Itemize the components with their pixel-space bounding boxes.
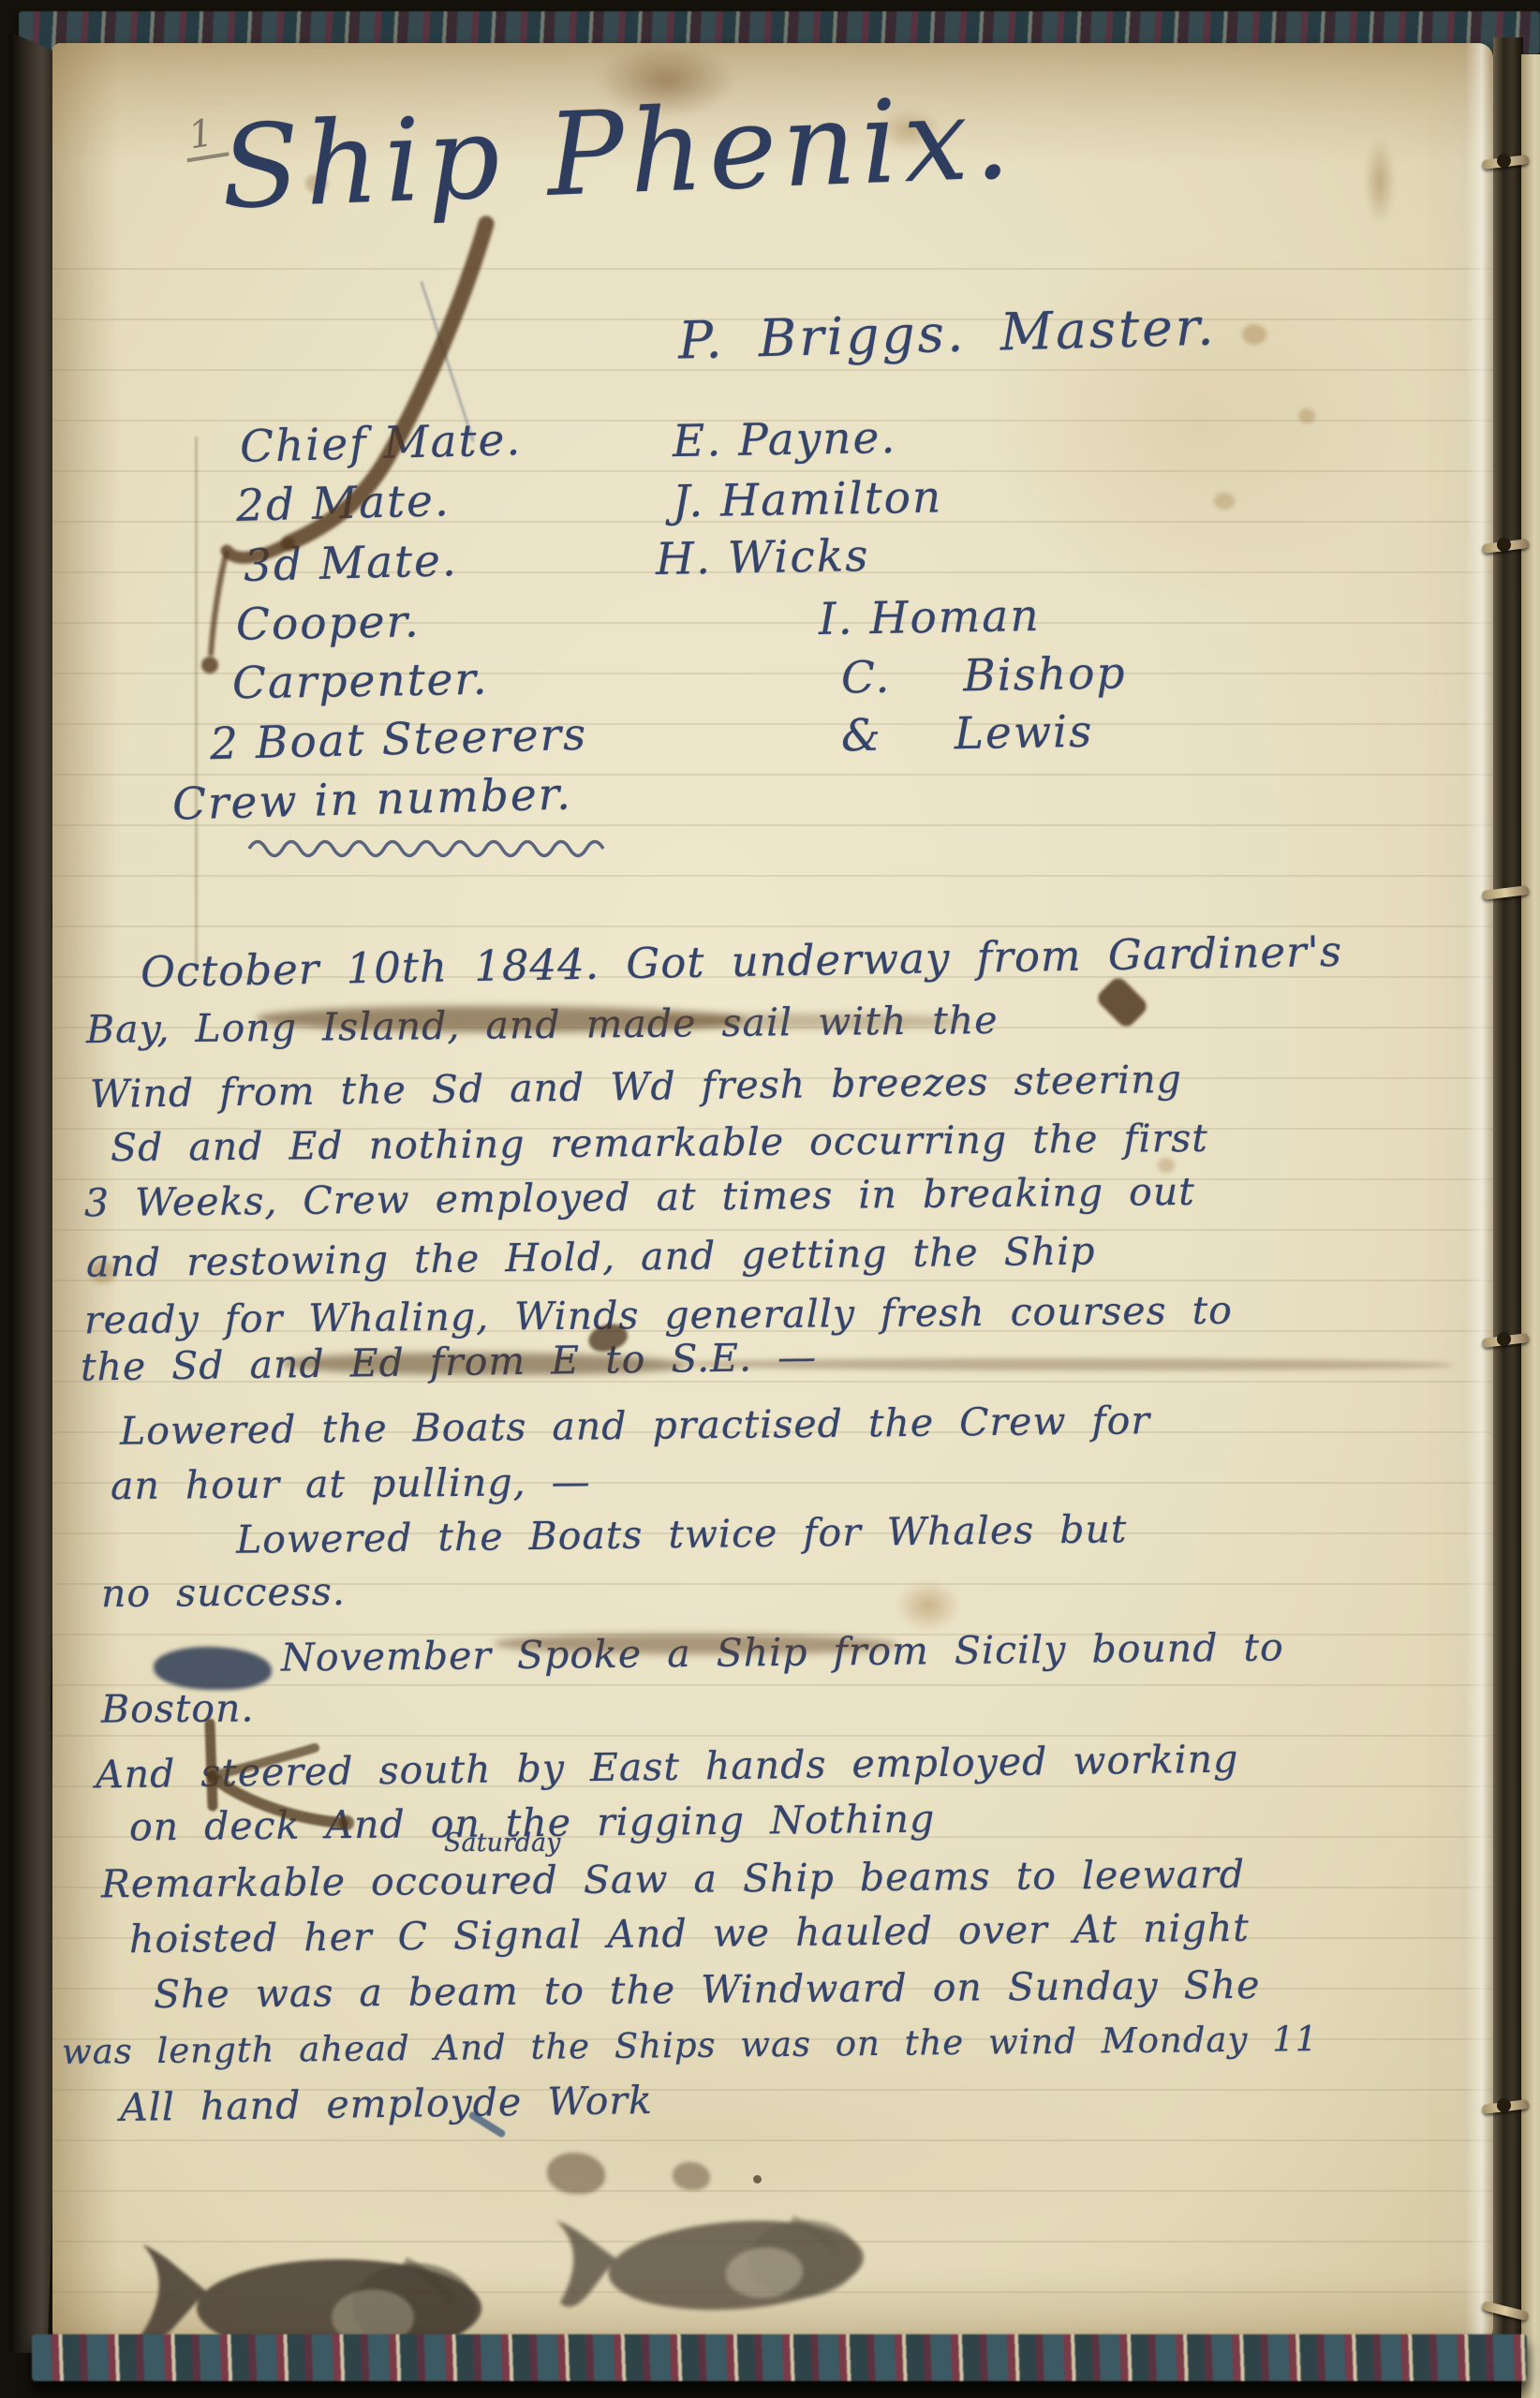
logbook-photo: 1 Ship Phenix. P. Briggs. Master. Chief … <box>0 0 1540 2398</box>
log-line: no success. <box>101 1569 346 1616</box>
ink-smear <box>674 1358 1452 1370</box>
stain-top-right <box>1364 137 1396 226</box>
crew-name: C. Bishop <box>841 647 1127 703</box>
ink-smear <box>495 1634 897 1654</box>
log-line: an hour at pulling, — <box>111 1459 591 1508</box>
ink-smudge <box>547 2153 605 2194</box>
ink-wishbone-mark <box>182 1718 378 1849</box>
water-stain <box>980 240 1411 614</box>
crew-name: J. Hamilton <box>673 471 943 527</box>
foxing-spot <box>896 1579 961 1632</box>
foxing-spot <box>1298 408 1315 423</box>
crew-name: E. Payne. <box>673 412 897 467</box>
crew-role: 2 Boat Steerers <box>209 709 587 771</box>
ink-smear <box>652 1014 970 1029</box>
page-title: Ship Phenix. <box>219 71 1018 234</box>
page-edge-highlight <box>1465 43 1493 2349</box>
ink-dot <box>753 2175 762 2183</box>
ink-smudge <box>673 2162 710 2190</box>
foxing-spot <box>1214 493 1235 510</box>
crew-role: Crew in number. <box>171 768 572 830</box>
next-page-edge <box>1521 54 1540 2398</box>
foxing-spot <box>1242 324 1266 345</box>
ink-blob <box>154 1647 272 1690</box>
flourish-squiggle <box>247 834 622 860</box>
log-line: Sd and Ed nothing remarkable occurring t… <box>111 1116 1208 1170</box>
binding-knot <box>1497 2098 1511 2112</box>
whale-stamp-icon <box>545 2183 881 2336</box>
binding-knot <box>1497 538 1511 552</box>
binding-knot <box>1497 154 1511 168</box>
binding-knot <box>1497 1332 1511 1346</box>
crew-name: H. Wicks <box>656 530 870 585</box>
marbled-cover-edge-bottom <box>32 2334 1527 2381</box>
inserted-word: Saturday <box>444 1828 560 1858</box>
log-line: All hand employde Work <box>120 2078 653 2130</box>
logbook-page: 1 Ship Phenix. P. Briggs. Master. Chief … <box>52 43 1493 2349</box>
crew-name: I. Homan <box>819 590 1042 645</box>
binding-gutter <box>1493 37 1523 2381</box>
ink-streak-stain <box>174 212 530 708</box>
crew-name: & Lewis <box>841 706 1094 762</box>
ink-smear <box>281 1353 684 1375</box>
